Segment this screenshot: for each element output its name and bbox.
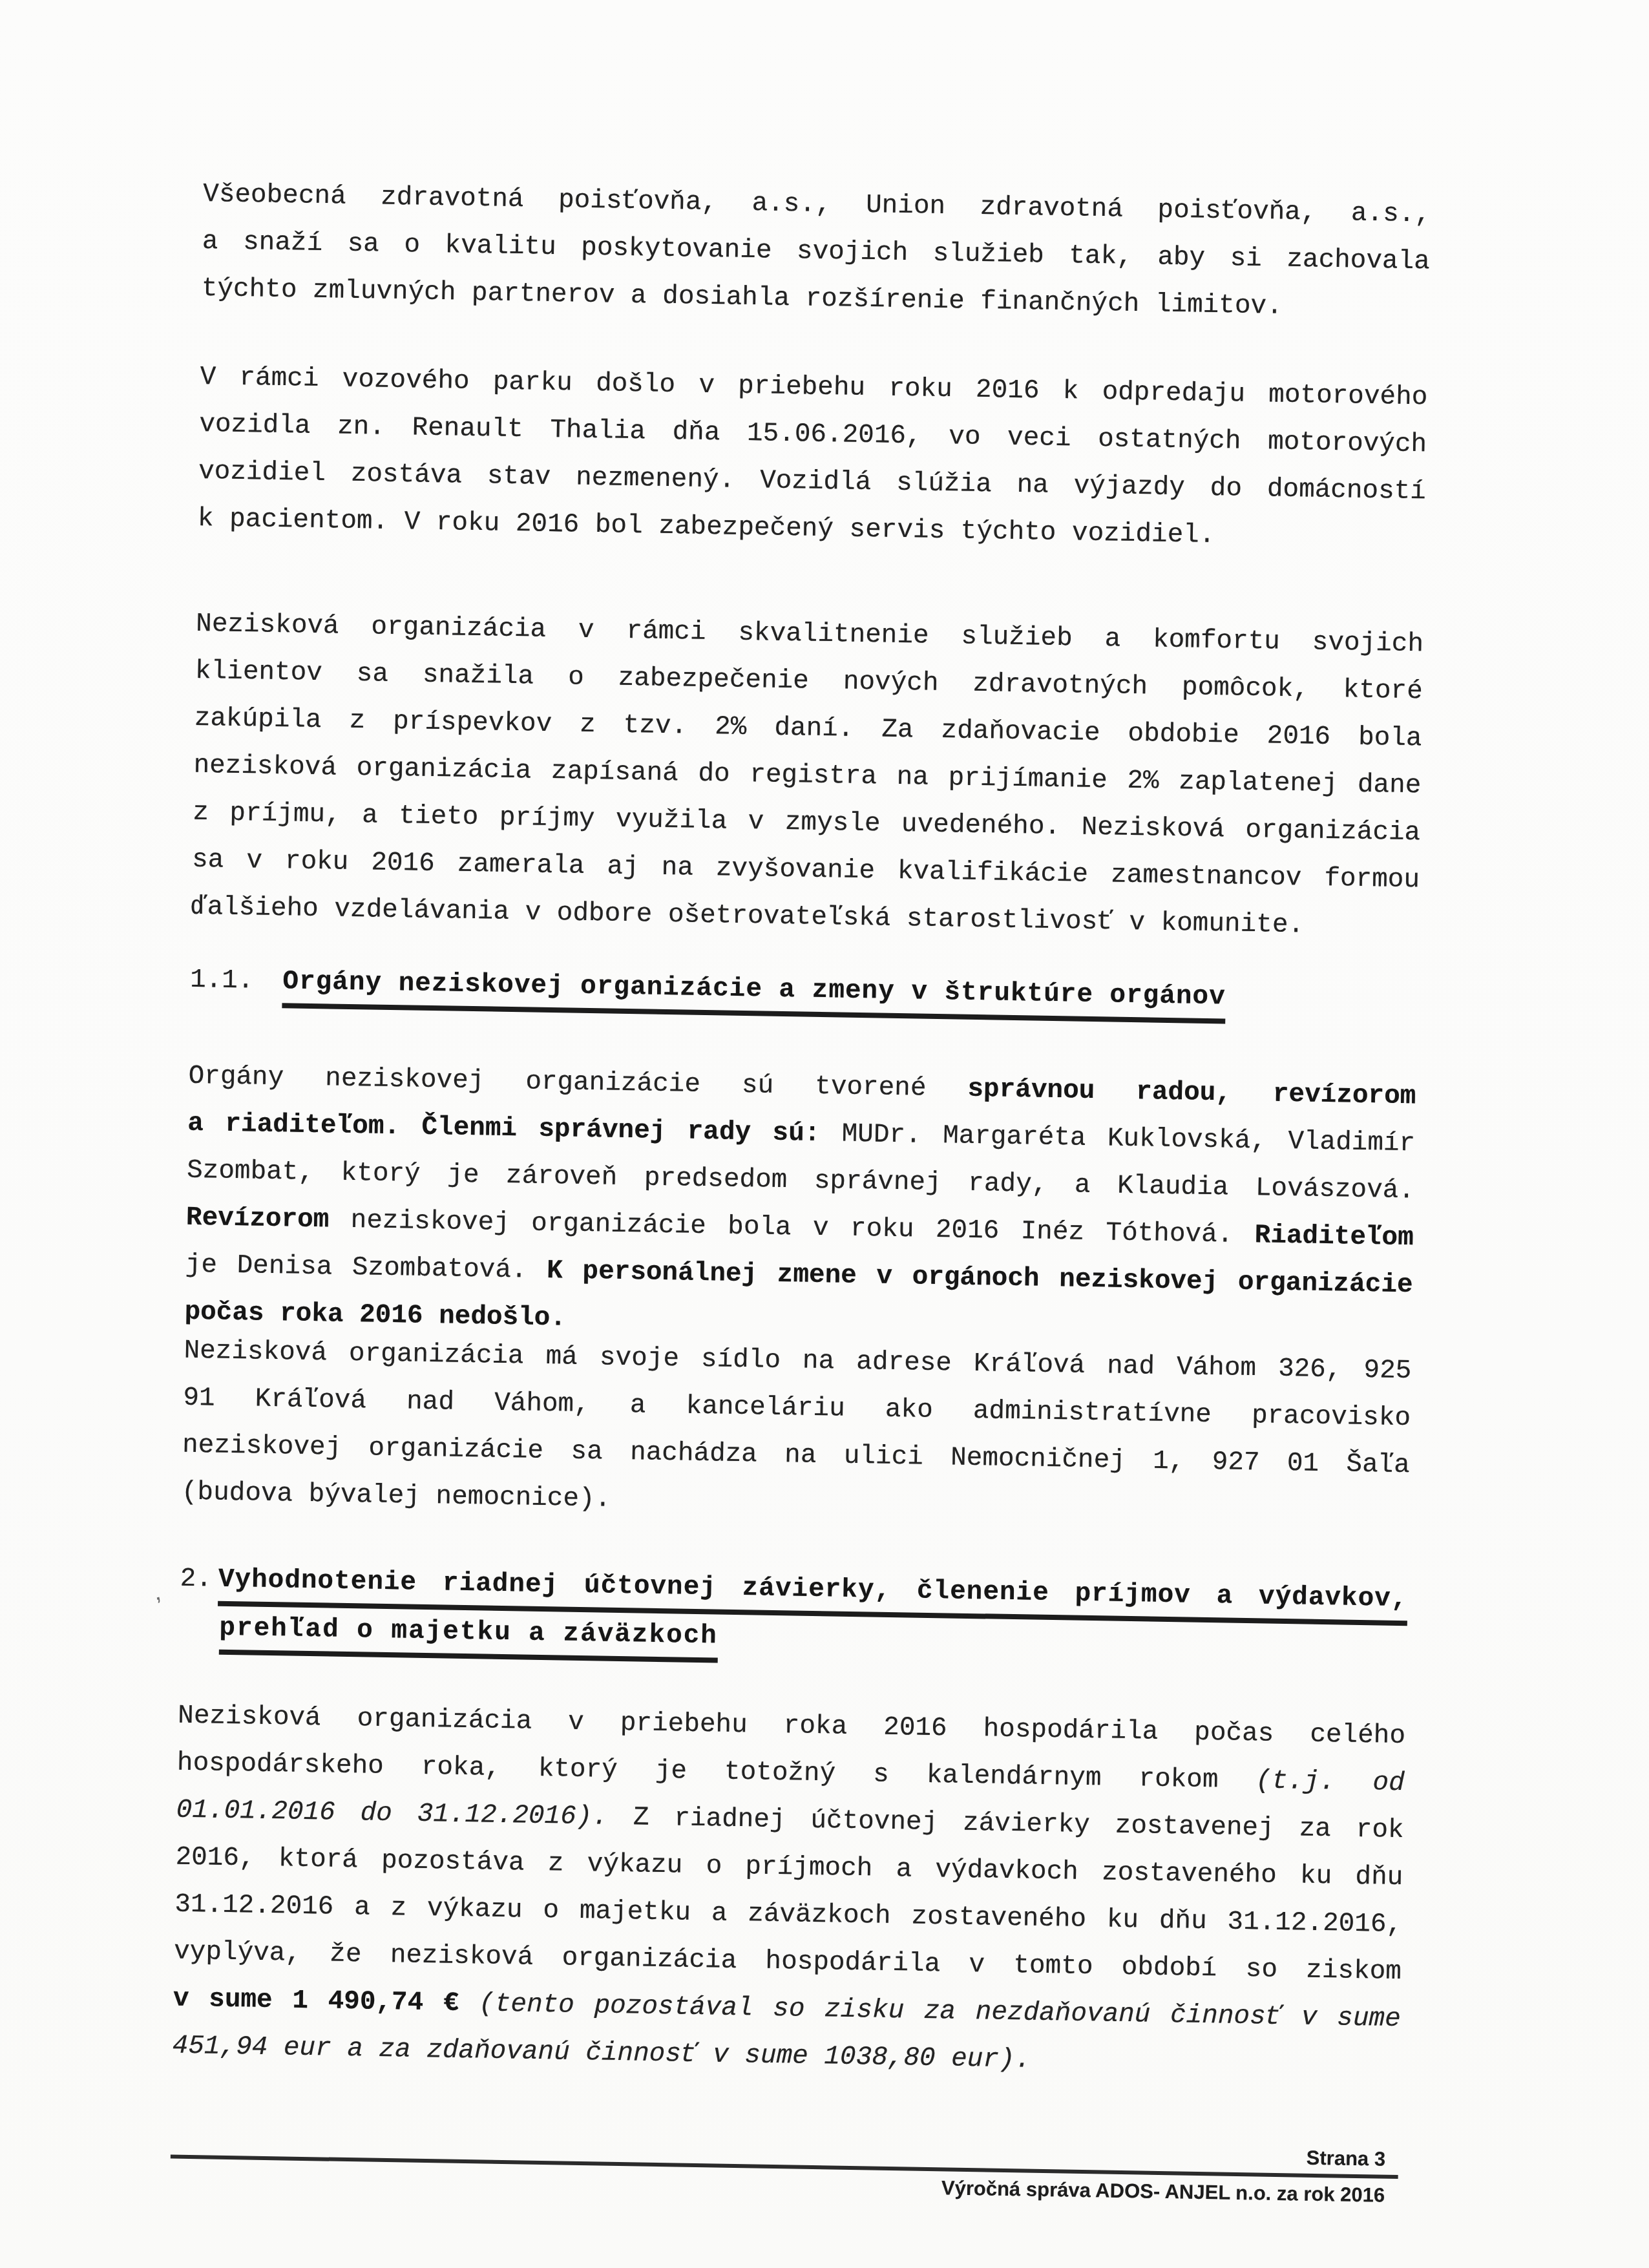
heading-1-1-organs: 1.1.Orgány neziskovej organizácie a zmen… — [189, 956, 1418, 1025]
text-segment: hospodárskeho roka, ktorý je totožný s k… — [177, 1748, 1256, 1796]
paragraph-insurers: Všeobecná zdravotná poisťovňa, a.s., Uni… — [201, 171, 1431, 333]
text-segment: je Denisa Szombatová. — [185, 1250, 547, 1286]
text-segment: (budova bývalej nemocnice). — [182, 1478, 611, 1515]
text-segment: Revízorom — [186, 1203, 330, 1235]
paragraph-financial-result: Nezisková organizácia v priebehu roka 20… — [172, 1693, 1405, 2090]
text-segment: MUDr. Margaréta Kuklovská, Vladimír — [820, 1119, 1416, 1159]
text-line: 1.1.Orgány neziskovej organizácie a zmen… — [189, 956, 1418, 1025]
text-segment: ďalšieho vzdelávania v odbore ošetrovate… — [191, 892, 1305, 941]
text-segment: v sume 1 490,74 € — [173, 1984, 479, 2019]
scanned-document-page: ʼ Strana 3 Výročná správa ADOS- ANJEL n.… — [0, 0, 1649, 2268]
text-segment: (tento pozostával so zisku za nezdaňovan… — [479, 1989, 1401, 2034]
text-segment: správnou radou, revízorom — [967, 1075, 1416, 1112]
handwritten-mark: ʼ — [154, 1593, 166, 1622]
text-segment: 01.01.2016 do 31.12.2016). — [176, 1796, 608, 1832]
heading-2-evaluation: 2.Vyhodnotenie riadnej účtovnej závierky… — [179, 1555, 1408, 1672]
text-segment: týchto zmluvných partnerov a dosiahla ro… — [201, 274, 1283, 322]
text-segment: 451,94 eur a za zdaňovanú činnosť v sume… — [172, 2032, 1031, 2075]
text-segment: Riaditeľom — [1254, 1221, 1414, 1253]
paragraph-vehicles: V rámci vozového parku došlo v priebehu … — [197, 354, 1428, 563]
text-segment: k pacientom. V roku 2016 bol zabezpečený… — [198, 504, 1215, 551]
text-segment: a riaditeľom. Členmi správnej rady sú: — [187, 1109, 821, 1149]
footer-document-title: Výročná správa ADOS- ANJEL n.o. za rok 2… — [170, 2164, 1385, 2207]
text-segment: počas roka 2016 nedošlo. — [184, 1297, 566, 1334]
document-content: ʼ Strana 3 Výročná správa ADOS- ANJEL n.… — [169, 165, 1431, 2252]
text-segment: prehľad o majetku a záväzkoch — [219, 1613, 718, 1663]
text-segment: 1.1. — [190, 965, 254, 996]
paragraph-organs: Orgány neziskovej organizácie sú tvorené… — [184, 1053, 1416, 1356]
text-segment: neziskovej organizácie bola v roku 2016 … — [329, 1205, 1255, 1250]
paragraph-services-tax: Nezisková organizácia v rámci skvalitnen… — [191, 601, 1423, 951]
text-segment: Orgány neziskovej organizácie sú tvorené — [188, 1062, 968, 1104]
paragraph-address: Nezisková organizácia má svoje sídlo na … — [181, 1328, 1412, 1537]
text-segment: Z riadnej účtovnej závierky zostavenej z… — [608, 1803, 1404, 1845]
text-segment: (t.j. od — [1255, 1766, 1405, 1798]
text-segment: 2. — [180, 1564, 212, 1595]
text-segment: Orgány neziskovej organizácie a zmeny v … — [282, 967, 1226, 1024]
text-segment: K personálnej zmene v orgánoch neziskove… — [547, 1256, 1413, 1300]
